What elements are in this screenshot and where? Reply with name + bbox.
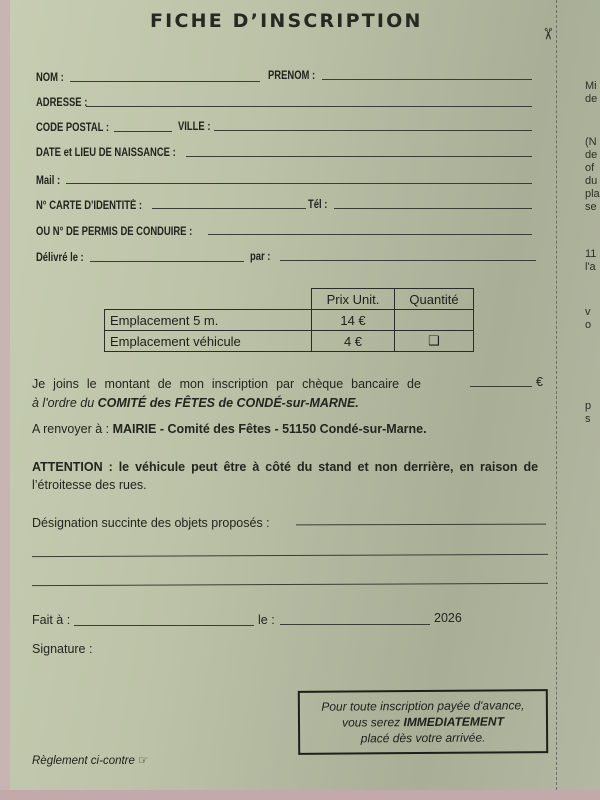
le-label: le :: [258, 613, 275, 627]
right-page-fragment: Mi de: [585, 80, 597, 106]
right-page-fragment: (N de of du pla se: [585, 136, 600, 214]
ville-label: VILLE :: [178, 121, 210, 133]
row-price: 4 €: [312, 331, 395, 352]
designation-label: Désignation succinte des objets proposés…: [32, 516, 270, 530]
advance-payment-notice: Pour toute inscription payée d'avance, v…: [298, 689, 548, 755]
notice-line-2: vous serez IMMEDIATEMENT: [300, 713, 546, 731]
mail-label: Mail :: [36, 175, 60, 187]
ville-field[interactable]: [214, 130, 532, 131]
reglement-text: Règlement ci-contre: [32, 755, 135, 767]
amount-field[interactable]: [470, 386, 532, 387]
right-page-fragment: 11 l'a: [585, 248, 596, 274]
table-row: Emplacement 5 m. 14 €: [105, 310, 474, 331]
notice-emphasis: IMMEDIATEMENT: [403, 714, 504, 729]
attention-text-2: l’étroitesse des rues.: [32, 478, 147, 492]
payment-order-beneficiary: COMITÉ des FÊTES de CONDÉ-sur-MARNE.: [98, 396, 359, 410]
nom-field[interactable]: [70, 81, 260, 82]
background-edge-bottom: [0, 790, 600, 800]
vehicle-checkbox[interactable]: ❑: [395, 331, 474, 352]
table-header-empty: [105, 289, 312, 310]
delivre-label: Délivré le :: [36, 252, 84, 264]
scissors-icon: ✂: [538, 27, 558, 40]
pointing-hand-icon: ☞: [138, 755, 148, 767]
right-page-fragment: p s: [585, 400, 591, 426]
par-field[interactable]: [280, 260, 536, 261]
right-page-fragment: v o: [585, 306, 591, 332]
table-header-quantity: Quantité: [395, 289, 474, 310]
return-prefix: A renvoyer à :: [32, 422, 113, 436]
date-field[interactable]: [280, 624, 430, 625]
return-address: A renvoyer à : MAIRIE - Comité des Fêtes…: [32, 422, 427, 436]
par-label: par :: [250, 251, 270, 263]
price-table: Prix Unit. Quantité Emplacement 5 m. 14 …: [104, 288, 474, 352]
prenom-field[interactable]: [322, 79, 532, 80]
quantity-field[interactable]: [395, 310, 474, 331]
payment-order: à l'ordre du COMITÉ des FÊTES de CONDÉ-s…: [32, 396, 359, 410]
tel-label: Tél :: [308, 199, 327, 211]
naissance-field[interactable]: [186, 156, 532, 157]
code-postal-label: CODE POSTAL :: [36, 122, 109, 134]
attention-text: ATTENTION : le véhicule peut être à côté…: [32, 460, 538, 474]
mail-field[interactable]: [66, 183, 532, 184]
prenom-label: PRENOM :: [268, 70, 315, 82]
reglement-note: Règlement ci-contre ☞: [32, 753, 148, 767]
cut-line: [556, 0, 557, 790]
permis-field[interactable]: [208, 234, 532, 235]
fait-a-field[interactable]: [74, 625, 254, 626]
delivre-field[interactable]: [90, 261, 244, 262]
signature-label: Signature :: [32, 642, 92, 656]
permis-label: OU N° DE PERMIS DE CONDUIRE :: [36, 226, 192, 238]
notice-line-3: placé dès votre arrivée.: [300, 729, 546, 747]
notice-line-1: Pour toute inscription payée d'avance,: [300, 697, 546, 715]
tel-field[interactable]: [334, 208, 532, 209]
payment-text: Je joins le montant de mon inscription p…: [32, 377, 421, 391]
attention-body: : le véhicule peut être à côté du stand …: [103, 460, 539, 474]
notice-line-2-prefix: vous serez: [342, 715, 403, 729]
naissance-label: DATE et LIEU DE NAISSANCE :: [36, 147, 176, 159]
adresse-label: ADRESSE :: [36, 97, 87, 109]
nom-label: NOM :: [36, 72, 64, 84]
table-row: Emplacement véhicule 4 € ❑: [105, 331, 474, 352]
currency-symbol: €: [536, 375, 543, 389]
carte-identite-field[interactable]: [152, 208, 306, 209]
page-title: FICHE D’INSCRIPTION: [150, 10, 423, 32]
table-header-row: Prix Unit. Quantité: [105, 289, 474, 310]
background-edge: [0, 0, 10, 800]
row-label: Emplacement véhicule: [105, 331, 312, 352]
year-text: 2026: [434, 611, 462, 625]
table-header-price: Prix Unit.: [312, 289, 395, 310]
payment-order-prefix: à l'ordre du: [32, 396, 98, 410]
attention-label: ATTENTION: [32, 460, 103, 474]
code-postal-field[interactable]: [114, 131, 172, 132]
adresse-field[interactable]: [86, 106, 532, 107]
row-price: 14 €: [312, 310, 395, 331]
carte-identite-label: N° CARTE D'IDENTITÉ :: [36, 200, 142, 212]
row-label: Emplacement 5 m.: [105, 310, 312, 331]
return-address-value: MAIRIE - Comité des Fêtes - 51150 Condé-…: [113, 422, 427, 436]
fait-a-label: Fait à :: [32, 613, 70, 627]
